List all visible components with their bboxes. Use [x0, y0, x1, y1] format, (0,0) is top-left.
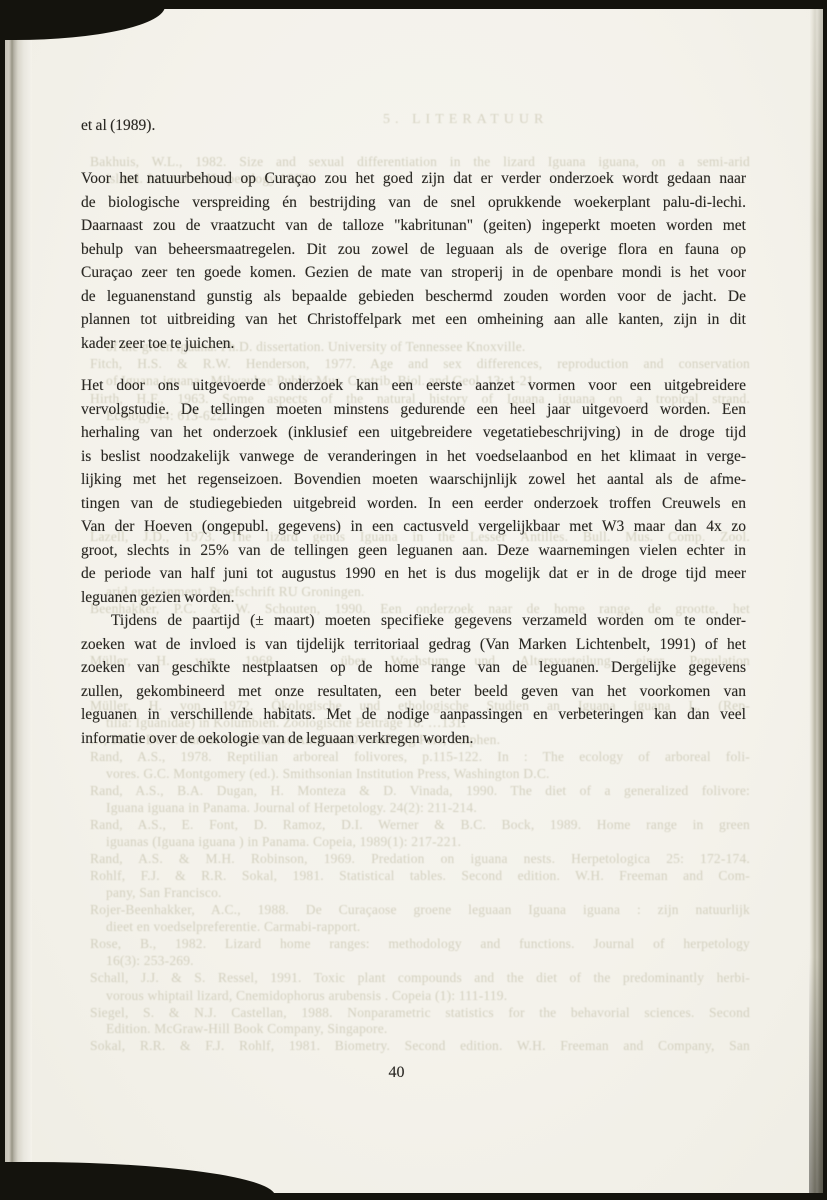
text-line: Daarnaast zou de vraatzucht van de tallo… — [81, 214, 746, 238]
text-line: lijking met het regenseizoen. Bovendien … — [81, 468, 746, 492]
text-line: zoeken van geschikte nestplaatsen op de … — [81, 656, 746, 680]
text-line: leguanen in verschillende habitats. Met … — [81, 703, 746, 727]
text-line: herhaling van het onderzoek (inklusief e… — [81, 421, 746, 445]
text-line: leguanen gezien worden. — [81, 586, 746, 610]
text-line: Tijdens de paartijd (± maart) moeten spe… — [81, 609, 746, 633]
text-line: zullen, gekombineerd met onze resultaten… — [81, 680, 746, 704]
text-line: is beslist noodzakelijk vanwege de veran… — [81, 445, 746, 469]
text-line: kader zeer toe te juichen. — [81, 332, 746, 356]
text-line: et al (1989). — [81, 114, 746, 138]
intro-line: et al (1989). — [81, 114, 746, 138]
text-line: Curaçao zeer ten goede komen. Gezien de … — [81, 261, 746, 285]
text-line: informatie over de oekologie van de legu… — [81, 727, 746, 751]
text-line: groot, slechts in 25% van de tellingen g… — [81, 539, 746, 563]
text-line: de periode van half juni tot augustus 19… — [81, 562, 746, 586]
paragraph-1: Voor het natuurbehoud op Curaçao zou het… — [81, 167, 746, 355]
text-line: plannen tot uitbreiding van het Christof… — [81, 308, 746, 332]
text-line: Van der Hoeven (ongepubl. gegevens) in e… — [81, 515, 746, 539]
text-line: vervolgstudie. De tellingen moeten minst… — [81, 398, 746, 422]
page-number: 40 — [64, 1064, 729, 1082]
text-line: Voor het natuurbehoud op Curaçao zou het… — [81, 167, 746, 191]
text-line: Het door ons uitgevoerde onderzoek kan e… — [81, 374, 746, 398]
text-line: de biologische verspreiding én bestrijdi… — [81, 191, 746, 215]
paragraph-3: Tijdens de paartijd (± maart) moeten spe… — [81, 609, 746, 750]
page-edge-right — [809, 7, 823, 1194]
paragraph-2: Het door ons uitgevoerde onderzoek kan e… — [81, 374, 746, 609]
text-line: zoeken wat de invloed is van tijdelijk t… — [81, 633, 746, 657]
text-line: tingen van de studiegebieden uitgebreid … — [81, 492, 746, 516]
page-edge-left — [5, 7, 32, 1194]
book-scan: 5. LITERATUUR Bakhuis, W.L., 1982. Size … — [0, 0, 827, 1200]
text-line: behulp van beheersmaatregelen. Dit zou z… — [81, 238, 746, 262]
text-line: de leguanenstand gunstig als bepaalde ge… — [81, 285, 746, 309]
